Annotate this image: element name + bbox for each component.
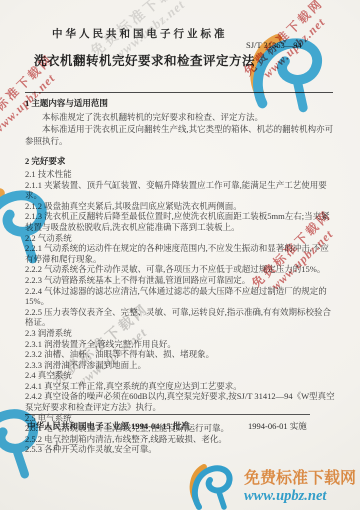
scanned-standard-page: 中华人民共和国电子行业标准 SJ/T 31363—94 洗衣机翻转机完好要求和检… [0, 0, 360, 510]
implementation-date: 1994-06-01 实施 [248, 420, 307, 432]
body-line: 2.2.5 压力表等仪表齐全、完整、灵敏、可靠,运转良好,指示准确,有有效期标校… [25, 307, 337, 328]
upbz-brand-footer: 免费标准下载网 www.upbz.net [186, 462, 356, 510]
body-line: 2 完好要求 [25, 155, 337, 167]
body-line: 2.3 润滑系统 [25, 328, 337, 339]
document-body: 1 主题内容与适用范围本标准规定了洗衣机翻转机的完好要求和检查、评定方法。本标准… [25, 97, 337, 455]
brand-site-name: 免费标准下载网 [244, 470, 356, 488]
body-line: 2.3.3 润滑油不得渗漏到地面上。 [25, 360, 337, 371]
body-line: 2.4 真空系统 [25, 370, 337, 381]
body-line: 本标准适用于洗衣机正反向翻转生产线,其它类型的箱体、机芯的翻转机构亦可参照执行。 [25, 123, 337, 147]
body-line: 本标准规定了洗衣机翻转机的完好要求和检查、评定方法。 [25, 111, 337, 123]
body-line: 1 主题内容与适用范围 [25, 97, 337, 109]
header-divider [25, 92, 333, 93]
body-line: 2.2.1 气动系统的运动件在规定的各种速度范围内,不应发生振动和显著的冲击,不… [25, 243, 337, 264]
page-title: 洗衣机翻转机完好要求和检查评定方法 [34, 51, 255, 69]
upbz-logo-icon [186, 462, 238, 510]
body-line: 2.2.4 气体过滤器的滤芯应清洁,气体通过滤芯的最大压降不应超过制造厂的规定的… [25, 286, 337, 307]
body-line: 2.4.2 真空设备的噪声必须在60dB以内,真空泵完好要求,按SJ/T 314… [25, 391, 337, 412]
standard-number: SJ/T 31363—94 [246, 40, 302, 50]
body-line: 2.3.1 润滑装置齐全,管线完整,作用良好。 [25, 339, 337, 350]
body-line: 2.4.1 真空泵工作正常,真空系统的真空度应达到工艺要求。 [25, 381, 337, 392]
body-line: 2.1.2 吸盘抽真空夹紧后,其吸盘凹底应紧贴洗衣机两侧面。 [25, 201, 337, 212]
body-line: 2.2 气动系统 [25, 233, 337, 244]
body-line: 2.2.3 气动管路系统基本上不得有泄漏,管道回路应可靠固定。 [25, 275, 337, 286]
body-line: 2.1.3 洗衣机正反翻转后降至最低位置时,应使洗衣机底面距工装板5mm左右;当… [25, 211, 337, 232]
approval-line: 中华人民共和国电子工业部 1994-04-15 批准 [27, 420, 190, 432]
brand-site-url: www.upbz.net [244, 488, 356, 504]
page-number: — 1 — [36, 438, 82, 448]
body-line: 2.1.1 夹紧装置、顶升气缸装置、变幅升降装置应工作可靠,能满足生产工艺使用要… [25, 180, 337, 201]
body-line: 2.3.2 油槽、油杯、油眼等不得有缺、损、堵现象。 [25, 349, 337, 360]
issuing-org-line: 中华人民共和国电子行业标准 [52, 26, 228, 41]
body-line: 2.2.2 气动系统各元件动作灵敏、可靠,各项压力不应低于或超过规定压力的15%… [25, 264, 337, 275]
footer-divider [25, 414, 310, 415]
body-line: 2.1 技术性能 [25, 169, 337, 180]
